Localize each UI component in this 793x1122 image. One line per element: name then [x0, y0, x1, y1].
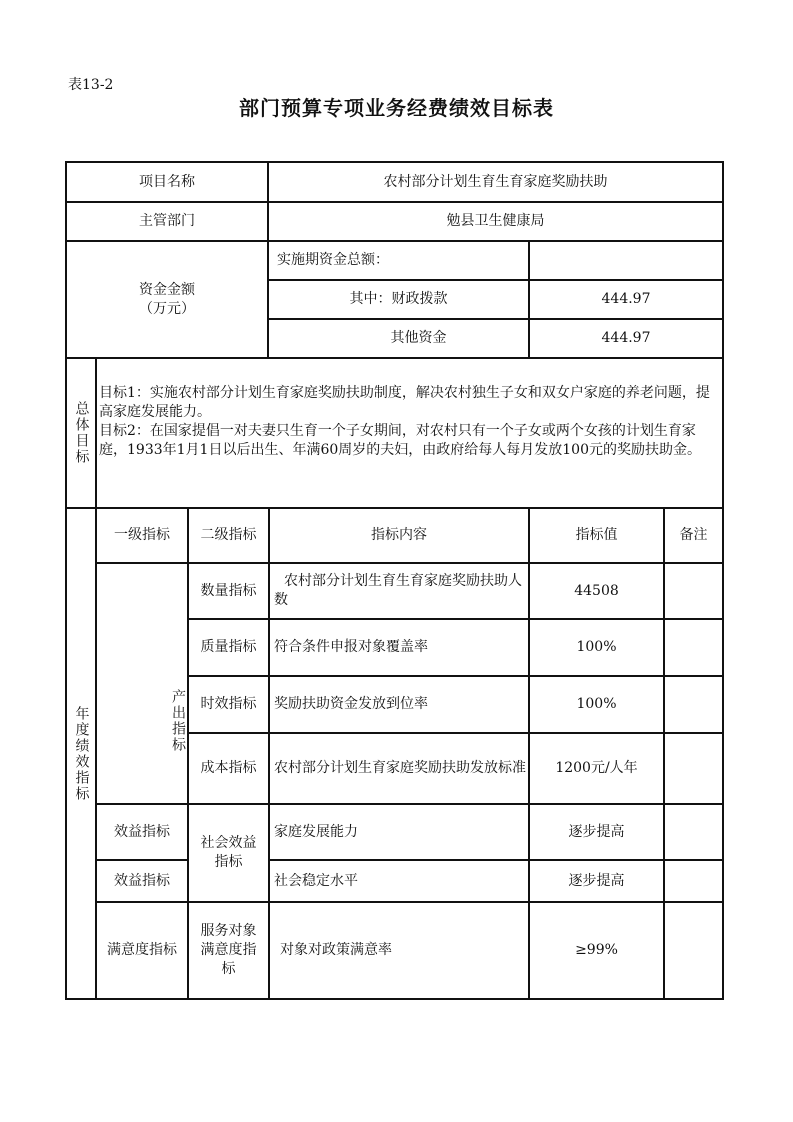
content-cell: 对象对政策满意率	[270, 903, 528, 998]
funds-fiscal-label: 其中：财政拨款	[269, 281, 528, 318]
table-number: 表13-2	[68, 74, 113, 94]
project-name-value: 农村部分计划生育生育家庭奖励扶助	[269, 163, 722, 201]
header-level1: 一级指标	[97, 509, 187, 562]
content-cell: 农村部分计划生育家庭奖励扶助发放标准	[270, 734, 528, 803]
dept-value: 勉县卫生健康局	[269, 203, 722, 240]
level1-cell: 效益指标	[97, 805, 187, 859]
value-cell: ≥99%	[530, 903, 663, 998]
funds-fiscal-value: 444.97	[530, 281, 722, 318]
content-cell: 社会稳定水平	[270, 861, 528, 901]
note-cell	[665, 805, 722, 859]
value-cell: 100%	[530, 620, 663, 675]
note-cell	[665, 564, 722, 618]
project-name-label: 项目名称	[67, 163, 267, 201]
note-cell	[665, 734, 722, 803]
output-indicator-label: 产出指标	[97, 564, 187, 803]
note-cell	[665, 903, 722, 998]
value-cell: 逐步提高	[530, 805, 663, 859]
level1-cell: 效益指标	[97, 861, 187, 901]
dept-label: 主管部门	[67, 203, 267, 240]
funds-label: 资金金额 （万元）	[67, 242, 267, 357]
level2-cell: 时效指标	[189, 677, 268, 732]
indicators-label: 年度绩效指标	[67, 509, 95, 999]
goals-text: 目标1：实施农村部分计划生育家庭奖励扶助制度，解决农村独生子女和双女户家庭的养老…	[99, 384, 721, 460]
header-content: 指标内容	[270, 509, 528, 562]
note-cell	[665, 861, 722, 901]
value-cell: 1200元/人年	[530, 734, 663, 803]
funds-other-label: 其他资金	[269, 320, 528, 357]
level2-cell: 数量指标	[189, 564, 268, 618]
goals-label: 总体目标	[67, 359, 95, 507]
funds-label-line2: （万元）	[139, 300, 195, 319]
content-cell: 家庭发展能力	[270, 805, 528, 859]
funds-other-value: 444.97	[530, 320, 722, 357]
header-note: 备注	[665, 509, 722, 562]
content-cell: 符合条件申报对象覆盖率	[270, 620, 528, 675]
funds-total-label: 实施期资金总额：	[269, 242, 528, 279]
social-benefit-level2: 社会效益指标	[189, 805, 268, 901]
header-value: 指标值	[530, 509, 663, 562]
content-cell: 奖励扶助资金发放到位率	[270, 677, 528, 732]
header-level2: 二级指标	[189, 509, 268, 562]
content-cell: 农村部分计划生育生育家庭奖励扶助人数	[270, 564, 528, 618]
note-cell	[665, 677, 722, 732]
level2-cell: 服务对象满意度指标	[189, 903, 268, 998]
value-cell: 44508	[530, 564, 663, 618]
value-cell: 100%	[530, 677, 663, 732]
page-title: 部门预算专项业务经费绩效目标表	[0, 92, 793, 121]
level2-cell: 质量指标	[189, 620, 268, 675]
goal-2: 目标2：在国家提倡一对夫妻只生育一个子女期间，对农村只有一个子女或两个女孩的计划…	[99, 422, 721, 460]
level2-cell: 成本指标	[189, 734, 268, 803]
divider	[65, 357, 724, 359]
border	[65, 998, 724, 1000]
funds-total-value	[530, 242, 722, 279]
funds-label-line1: 资金金额	[139, 281, 195, 300]
goal-1: 目标1：实施农村部分计划生育家庭奖励扶助制度，解决农村独生子女和双女户家庭的养老…	[99, 384, 721, 422]
note-cell	[665, 620, 722, 675]
value-cell: 逐步提高	[530, 861, 663, 901]
level1-cell: 满意度指标	[97, 903, 187, 998]
border	[722, 161, 724, 1000]
